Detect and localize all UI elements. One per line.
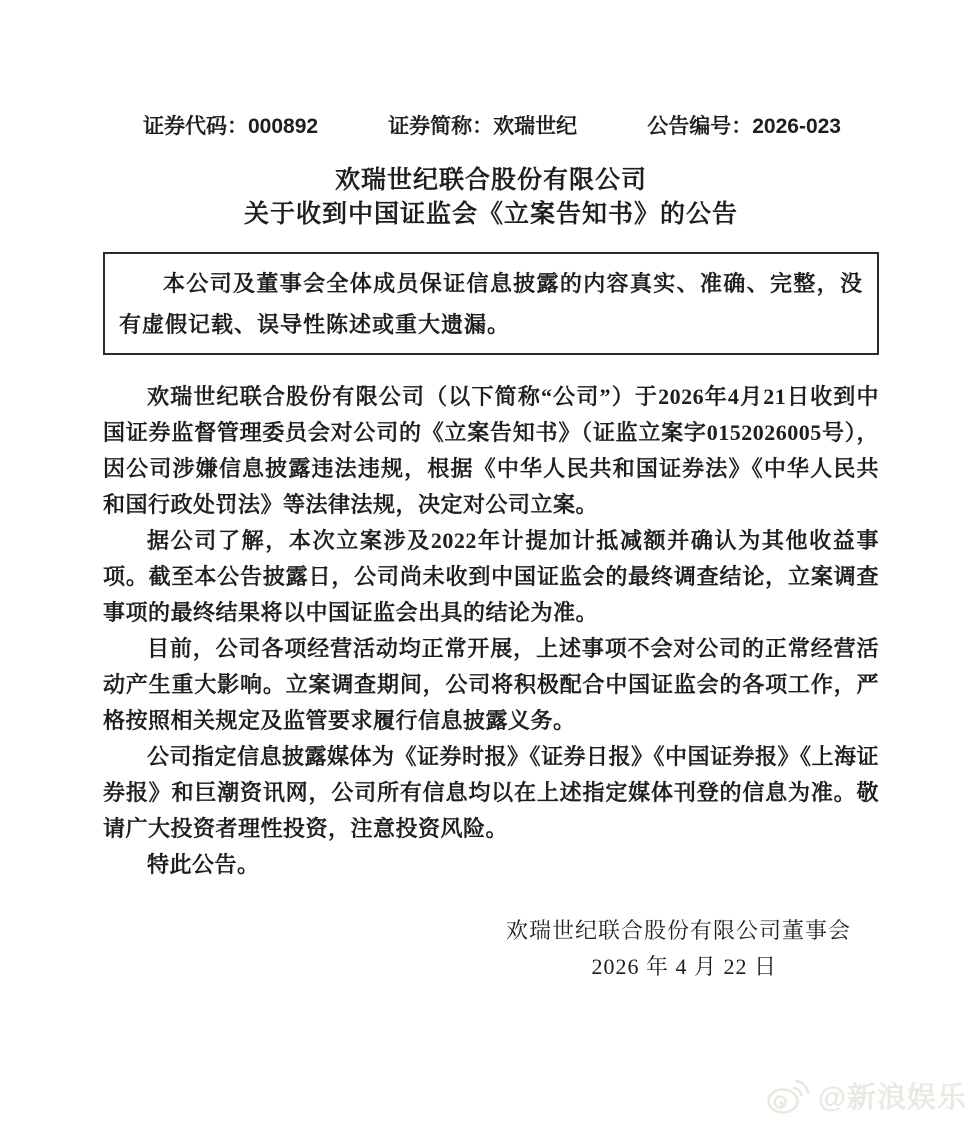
body-paragraph-3: 目前，公司各项经营活动均正常开展，上述事项不会对公司的正常经营活动产生重大影响。… [103, 631, 879, 739]
watermark-handle: @新浪娱乐 [818, 1075, 967, 1116]
announcement-subject-title: 关于收到中国证监会《立案告知书》的公告 [103, 197, 879, 231]
body-paragraph-4: 公司指定信息披露媒体为《证券时报》《证券日报》《中国证券报》《上海证券报》和巨潮… [103, 739, 879, 847]
body-paragraph-1: 欢瑞世纪联合股份有限公司（以下简称“公司”）于2026年4月21日收到中国证券监… [103, 379, 879, 523]
declaration-box: 本公司及董事会全体成员保证信息披露的内容真实、准确、完整，没有虚假记载、误导性陈… [103, 252, 879, 355]
document-title: 欢瑞世纪联合股份有限公司 关于收到中国证监会《立案告知书》的公告 [103, 163, 879, 231]
announcement-document: 证券代码：000892 证券简称：欢瑞世纪 公告编号：2026-023 欢瑞世纪… [0, 0, 979, 1124]
body-paragraph-2: 据公司了解，本次立案涉及2022年计提加计抵减额并确认为其他收益事项。截至本公告… [103, 523, 879, 631]
announcement-number-label: 公告编号：2026-023 [647, 113, 841, 141]
signature-company: 欢瑞世纪联合股份有限公司董事会 [103, 913, 879, 949]
company-name-title: 欢瑞世纪联合股份有限公司 [103, 163, 879, 197]
header-meta-row: 证券代码：000892 证券简称：欢瑞世纪 公告编号：2026-023 [103, 113, 879, 141]
body-text: 欢瑞世纪联合股份有限公司（以下简称“公司”）于2026年4月21日收到中国证券监… [103, 379, 879, 883]
signature-block: 欢瑞世纪联合股份有限公司董事会 2026 年 4 月 22 日 [103, 913, 879, 985]
stock-code-label: 证券代码：000892 [143, 113, 318, 141]
stock-name-label: 证券简称：欢瑞世纪 [388, 113, 577, 141]
declaration-text: 本公司及董事会全体成员保证信息披露的内容真实、准确、完整，没有虚假记载、误导性陈… [119, 263, 863, 345]
watermark: @新浪娱乐 [765, 1075, 967, 1116]
signature-date: 2026 年 4 月 22 日 [103, 949, 879, 985]
document-content: 证券代码：000892 证券简称：欢瑞世纪 公告编号：2026-023 欢瑞世纪… [103, 113, 879, 985]
closing-statement: 特此公告。 [103, 847, 879, 883]
weibo-icon [765, 1077, 811, 1115]
